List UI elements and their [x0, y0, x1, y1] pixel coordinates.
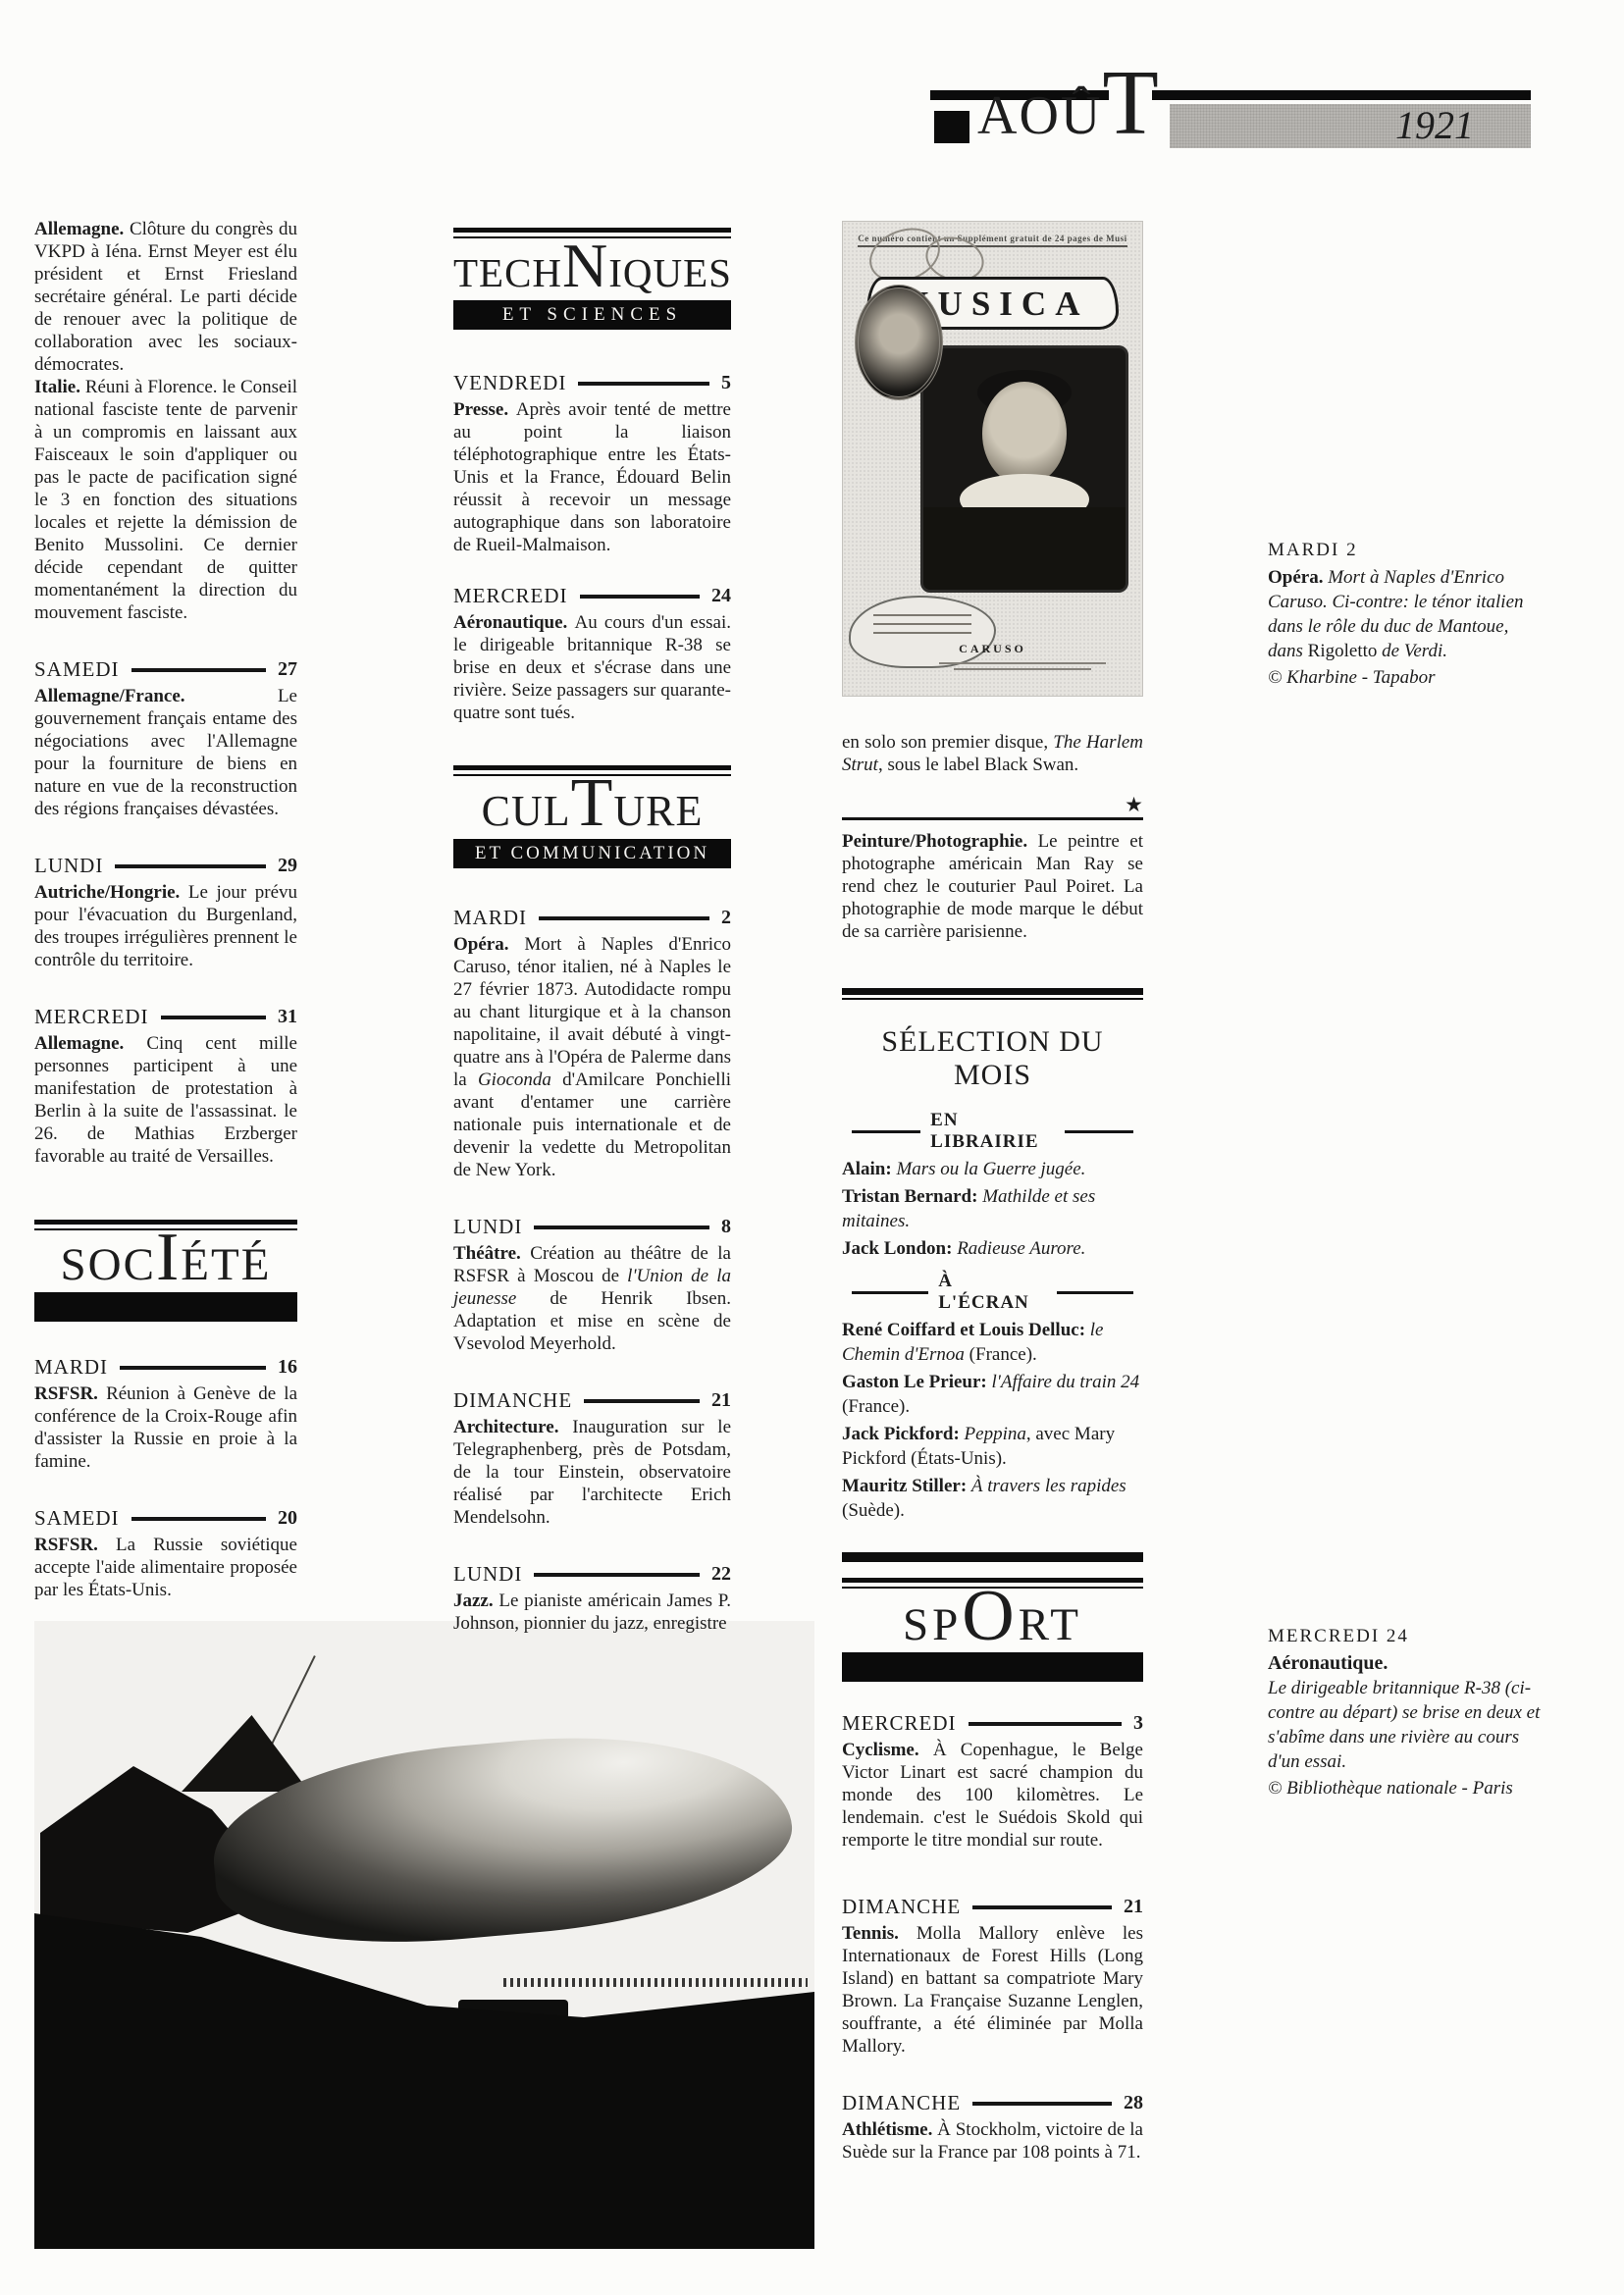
entry-text: Aéronautique. Au cours d'un essai. le di… [453, 611, 731, 724]
entry-day-row: DIMANCHE 21 [842, 1895, 1143, 1919]
caption-mardi-2: MARDI 2 Opéra. Mort à Naples d'Enrico Ca… [1268, 538, 1543, 690]
mini-rule [852, 1130, 920, 1133]
section-subtitle-bar: ET COMMUNICATION [453, 839, 731, 868]
societe-section: SOCIÉTÉ MARDI 16 RSFSR. Réunion à Genève… [34, 1220, 297, 1601]
entry-day: MARDI [453, 906, 527, 930]
section-title: SOCIÉTÉ [34, 1232, 297, 1290]
entry-day: LUNDI [453, 1215, 522, 1239]
caruso-portrait [920, 345, 1128, 593]
crowd-silhouettes [503, 1978, 808, 1987]
entry-day: VENDREDI [453, 371, 566, 395]
portrait-body [923, 507, 1126, 593]
event-entry: SAMEDI 27 Allemagne/France. Le gouvernem… [34, 657, 297, 820]
book-item: Tristan Bernard: Mathilde et ses mitaine… [842, 1184, 1143, 1233]
techniques-header: TECHNIQUES ET SCIENCES [453, 228, 731, 330]
airship-upper-fin [182, 1715, 309, 1792]
caption-text: Le dirigeable britannique R-38 (ci-contr… [1268, 1676, 1554, 1774]
month-name: AOÛ [977, 70, 1102, 162]
section-subtitle-bar: ET SCIENCES [453, 300, 731, 330]
entry-text: Jazz. Le pianiste américain James P. Joh… [453, 1590, 731, 1635]
airship-hull [206, 1718, 800, 1960]
film-item: Gaston Le Prieur: l'Affaire du train 24 … [842, 1370, 1143, 1419]
ecran-label: À L'ÉCRAN [938, 1271, 1047, 1314]
entry-day: SAMEDI [34, 657, 120, 682]
entry-rule [584, 1399, 700, 1403]
book-item: Alain: Mars ou la Guerre jugée. [842, 1157, 1143, 1181]
entry-text: RSFSR. Réunion à Genève de la conférence… [34, 1382, 297, 1473]
event-entry: MERCREDI 24 Aéronautique. Au cours d'un … [453, 584, 731, 724]
event-entry: MERCREDI 3 Cyclisme. À Copenhague, le Be… [842, 1711, 1143, 1852]
tiny-text-line [939, 662, 1106, 664]
caption-text: Opéra. Mort à Naples d'Enrico Caruso. Ci… [1268, 565, 1543, 663]
photo-credit: © Kharbine - Tapabor [1268, 665, 1543, 690]
intro-block: Allemagne. Clôture du congrès du VKPD à … [34, 218, 297, 624]
musica-oval-vignette [855, 285, 943, 400]
peinture-entry: Peinture/Photographie. Le peintre et pho… [842, 830, 1143, 943]
film-item: Jack Pickford: Peppina, avec Mary Pickfo… [842, 1422, 1143, 1471]
section-subtitle-bar [34, 1292, 297, 1322]
entry-date-number: 28 [1124, 2092, 1143, 2114]
middle-column: TECHNIQUES ET SCIENCES VENDREDI 5 Presse… [453, 228, 731, 1635]
entry-rule [578, 382, 709, 386]
entry-rule [969, 1722, 1122, 1726]
entry-rule [580, 595, 700, 599]
sport-header: SPORT [842, 1578, 1143, 1682]
event-entry: MARDI 2 Opéra. Mort à Naples d'Enrico Ca… [453, 906, 731, 1181]
entry-day: DIMANCHE [842, 1895, 961, 1919]
entry-date-number: 31 [278, 1006, 297, 1028]
section-title-part: CUL [482, 787, 571, 835]
caption-category: Aéronautique. [1268, 1651, 1554, 1676]
entry-day: SAMEDI [34, 1506, 120, 1531]
entry-text: Opéra. Mort à Naples d'Enrico Caruso, té… [453, 933, 731, 1181]
entry-rule [534, 1573, 700, 1577]
librairie-heading: EN LIBRAIRIE [842, 1110, 1143, 1153]
month-header: AOÛ T [934, 57, 1159, 149]
left-column: Allemagne. Clôture du congrès du VKPD à … [34, 218, 297, 1168]
photo-credit: © Bibliothèque nationale - Paris [1268, 1776, 1554, 1800]
selection-du-mois-box: SÉLECTION DU MOIS EN LIBRAIRIE Alain: Ma… [842, 988, 1143, 1562]
film-item: Mauritz Stiller: À travers les rapides (… [842, 1474, 1143, 1523]
entry-text: Allemagne. Cinq cent mille personnes par… [34, 1032, 297, 1168]
mini-rule [1065, 1130, 1133, 1133]
section-title-big-letter: O [962, 1576, 1018, 1656]
entry-day: DIMANCHE [842, 2091, 961, 2115]
entry-date-number: 21 [1124, 1896, 1143, 1918]
tiny-text-line [873, 632, 970, 634]
jazz-entry-continuation: en solo son premier disque, The Harlem S… [842, 731, 1143, 776]
entry-date-number: 16 [278, 1356, 297, 1379]
ecran-heading: À L'ÉCRAN [842, 1271, 1143, 1314]
entry-day-row: LUNDI 22 [453, 1562, 731, 1587]
entry-date-number: 27 [278, 658, 297, 681]
event-entry: DIMANCHE 28 Athlétisme. À Stockholm, vic… [842, 2091, 1143, 2164]
entry-rule [115, 864, 266, 868]
entry-text: Autriche/Hongrie. Le jour prévu pour l'é… [34, 881, 297, 971]
section-subtitle: ET COMMUNICATION [475, 843, 709, 863]
entry-day-row: SAMEDI 27 [34, 657, 297, 682]
entry-date-number: 3 [1133, 1712, 1143, 1735]
entry-date-number: 5 [721, 372, 731, 394]
event-entry: LUNDI 29 Autriche/Hongrie. Le jour prévu… [34, 854, 297, 971]
section-subtitle: ET SCIENCES [502, 304, 682, 325]
book-item: Jack London: Radieuse Aurore. [842, 1236, 1143, 1261]
section-title-part: SP [903, 1599, 962, 1650]
section-title-part: URE [613, 787, 703, 835]
entry-rule [534, 1226, 709, 1229]
box-rule [842, 988, 1143, 995]
right-column: Ce numéro contient un Supplément gratuit… [842, 221, 1143, 2164]
section-title-part: ÉTÉ [181, 1239, 271, 1290]
star-icon: ★ [1125, 793, 1143, 817]
year-box: 1921 [1170, 104, 1531, 148]
entry-text: RSFSR. La Russie soviétique accepte l'ai… [34, 1534, 297, 1601]
entry-date-number: 20 [278, 1507, 297, 1530]
entry-text: Théâtre. Création au théâtre de la RSFSR… [453, 1242, 731, 1355]
tiny-text-line [873, 623, 970, 625]
culture-header: CULTURE ET COMMUNICATION [453, 765, 731, 868]
tiny-text-line [873, 614, 970, 616]
entry-rule [539, 916, 709, 920]
almanac-page: AOÛ T 1921 Allemagne. Clôture du congrès… [0, 0, 1624, 2295]
entry-date-number: 24 [711, 585, 731, 607]
intro-paragraph: Allemagne. Clôture du congrès du VKPD à … [34, 218, 297, 376]
black-square-marker [934, 111, 969, 143]
entry-day: MERCREDI [842, 1711, 957, 1736]
entry-rule [131, 1517, 266, 1521]
section-title: TECHNIQUES [453, 240, 731, 298]
section-title: CULTURE [453, 778, 731, 837]
entry-text: Cyclisme. À Copenhague, le Belge Victor … [842, 1739, 1143, 1852]
event-entry: MARDI 16 RSFSR. Réunion à Genève de la c… [34, 1355, 297, 1473]
event-entry: DIMANCHE 21 Tennis. Molla Mallory enlève… [842, 1895, 1143, 2058]
section-title: SPORT [842, 1591, 1143, 1650]
entry-day-row: LUNDI 29 [34, 854, 297, 878]
section-subtitle-bar [842, 1652, 1143, 1682]
tiny-text-line [954, 668, 1091, 670]
entry-rule [161, 1016, 266, 1019]
event-entry: DIMANCHE 21 Architecture. Inauguration s… [453, 1388, 731, 1529]
entry-day: LUNDI [453, 1562, 522, 1587]
box-bottom-rule [842, 1552, 1143, 1562]
section-title-big-letter: T [571, 765, 614, 841]
entry-text: Presse. Après avoir tenté de mettre au p… [453, 398, 731, 556]
entry-day: MERCREDI [34, 1005, 149, 1029]
month-name-big-letter: T [1102, 57, 1158, 149]
entry-date-number: 2 [721, 907, 731, 929]
intro-paragraph: Italie. Réuni à Florence. le Conseil nat… [34, 376, 297, 624]
caption-day-label: MARDI 2 [1268, 538, 1543, 562]
star-divider: ★ [842, 817, 1143, 820]
entry-date-number: 22 [711, 1563, 731, 1586]
musica-cover-image: Ce numéro contient un Supplément gratuit… [842, 221, 1143, 697]
event-entry: LUNDI 8 Théâtre. Création au théâtre de … [453, 1215, 731, 1355]
event-entry: VENDREDI 5 Presse. Après avoir tenté de … [453, 371, 731, 556]
societe-header: SOCIÉTÉ [34, 1220, 297, 1322]
section-title-big-letter: N [562, 231, 608, 300]
section-title-part: RT [1019, 1599, 1082, 1650]
caption-day-label: MERCREDI 24 [1268, 1624, 1554, 1648]
section-title-big-letter: I [156, 1220, 181, 1295]
entry-day-row: SAMEDI 20 [34, 1506, 297, 1531]
dirigible-photo [34, 1621, 814, 2249]
section-title-part: IQUES [608, 250, 732, 295]
mini-rule [852, 1291, 928, 1294]
cover-caption: CARUSO [843, 642, 1142, 656]
event-entry: MERCREDI 31 Allemagne. Cinq cent mille p… [34, 1005, 297, 1168]
year-label: 1921 [1395, 103, 1474, 147]
entry-rule [972, 1905, 1112, 1909]
box-rule [842, 998, 1143, 1000]
entry-date-number: 8 [721, 1216, 731, 1238]
event-entry: LUNDI 22 Jazz. Le pianiste américain Jam… [453, 1562, 731, 1635]
entry-rule [131, 668, 266, 672]
entry-day: DIMANCHE [453, 1388, 572, 1413]
entry-text: Architecture. Inauguration sur le Telegr… [453, 1416, 731, 1529]
entry-day-row: MERCREDI 24 [453, 584, 731, 608]
entry-date-number: 29 [278, 855, 297, 877]
event-entry: SAMEDI 20 RSFSR. La Russie soviétique ac… [34, 1506, 297, 1601]
entry-day-row: MARDI 16 [34, 1355, 297, 1380]
entry-rule [120, 1366, 266, 1370]
cover-publisher-cartouche [849, 596, 996, 668]
entry-day-row: LUNDI 8 [453, 1215, 731, 1239]
entry-text: Tennis. Molla Mallory enlève les Interna… [842, 1922, 1143, 2058]
entry-date-number: 21 [711, 1389, 731, 1412]
section-title-part: TECH [453, 250, 562, 295]
entry-day-row: MERCREDI 31 [34, 1005, 297, 1029]
entry-rule [972, 2102, 1112, 2106]
selection-title: SÉLECTION DU MOIS [842, 1025, 1143, 1092]
entry-text: Athlétisme. À Stockholm, victoire de la … [842, 2118, 1143, 2164]
entry-day-row: MERCREDI 3 [842, 1711, 1143, 1736]
entry-day-row: DIMANCHE 28 [842, 2091, 1143, 2115]
entry-day-row: VENDREDI 5 [453, 371, 731, 395]
portrait-face [982, 382, 1067, 486]
section-title-part: SOC [61, 1239, 156, 1290]
entry-day-row: MARDI 2 [453, 906, 731, 930]
mini-rule [1057, 1291, 1133, 1294]
entry-day: LUNDI [34, 854, 103, 878]
header-rule-right [1152, 90, 1531, 100]
caption-mercredi-24: MERCREDI 24 Aéronautique. Le dirigeable … [1268, 1624, 1554, 1800]
entry-day: MARDI [34, 1355, 108, 1380]
entry-day: MERCREDI [453, 584, 568, 608]
entry-day-row: DIMANCHE 21 [453, 1388, 731, 1413]
entry-text: Allemagne/France. Le gouvernement frança… [34, 685, 297, 820]
film-item: René Coiffard et Louis Delluc: le Chemin… [842, 1318, 1143, 1367]
librairie-label: EN LIBRAIRIE [930, 1110, 1055, 1153]
